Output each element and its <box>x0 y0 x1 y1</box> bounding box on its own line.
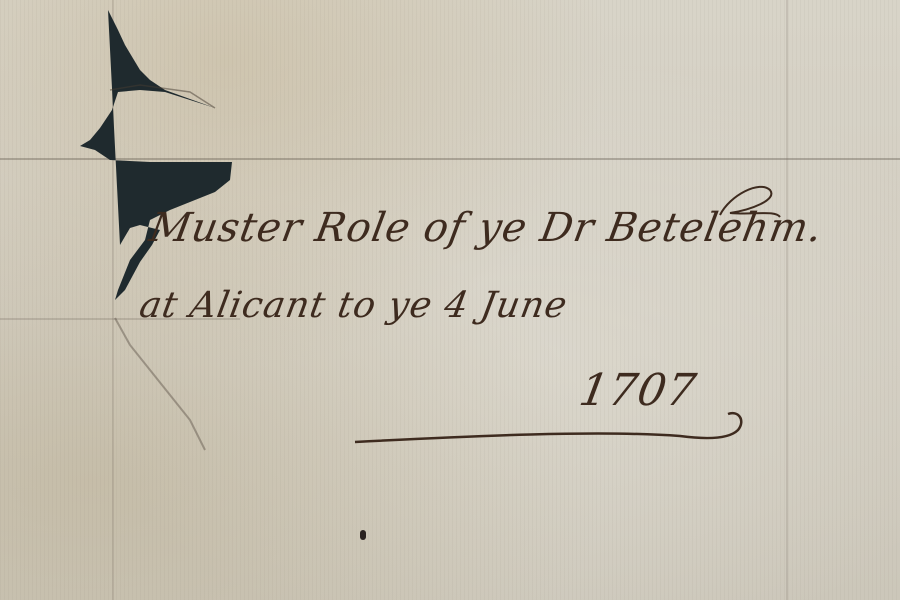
underline-flourish <box>350 400 770 460</box>
flourish-mark <box>700 175 790 235</box>
ink-spot <box>360 530 366 540</box>
text-line-2: at Alicant to ye 4 June <box>136 285 570 326</box>
